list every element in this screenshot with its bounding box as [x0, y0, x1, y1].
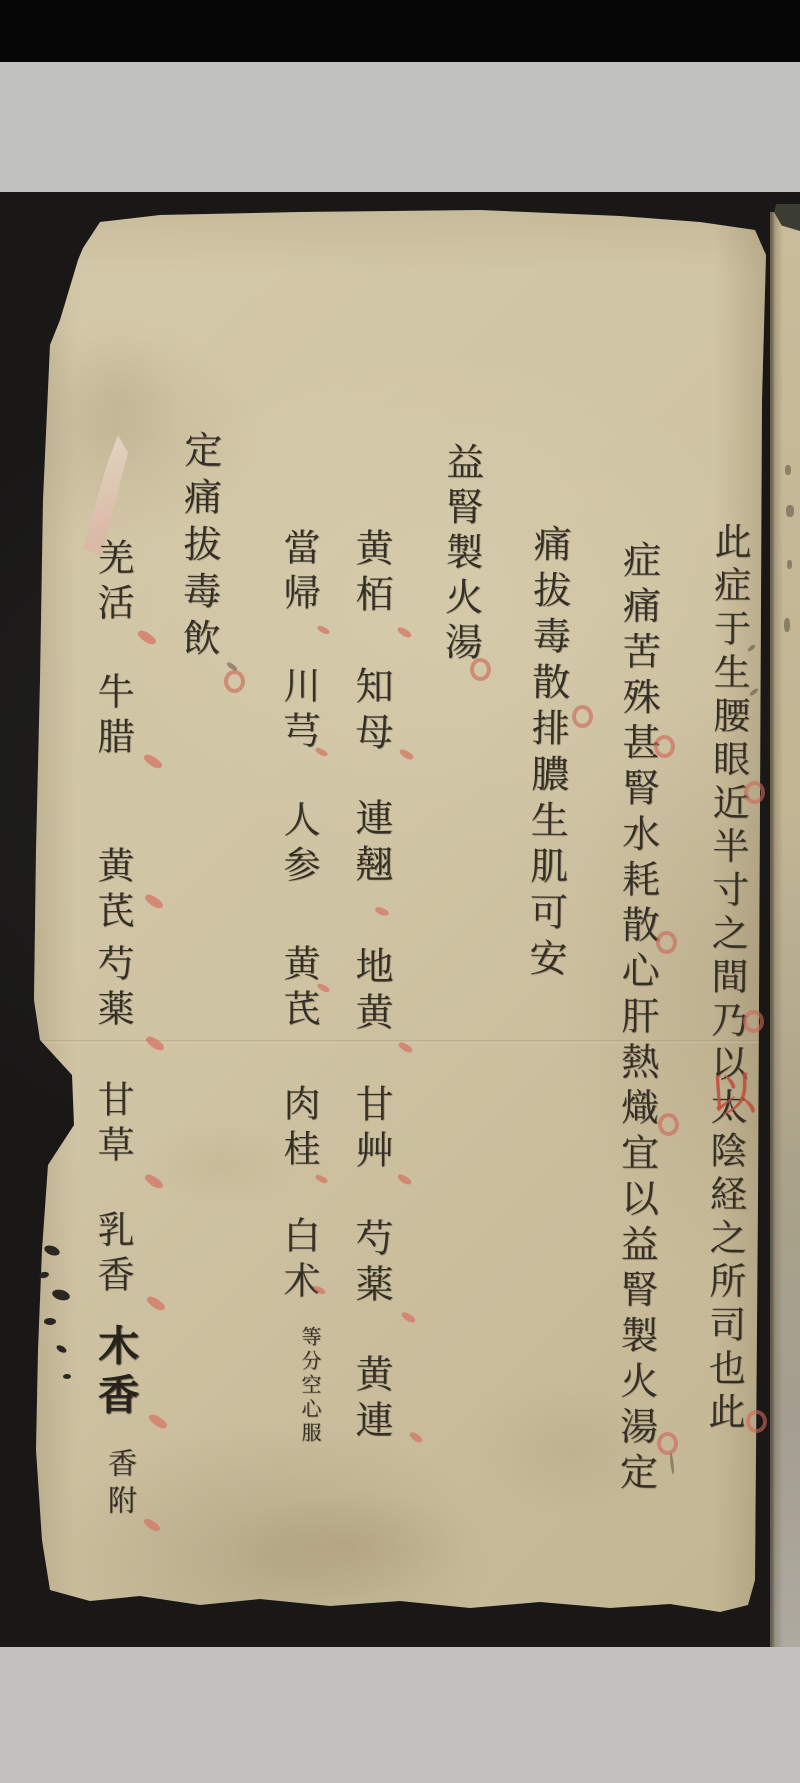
formula1-ingredients-right-item: 知母 [352, 666, 390, 758]
formula1-ingredients-left-item: 白术 [280, 1216, 317, 1306]
vermillion-circle-mark [746, 1410, 767, 1433]
adjacent-page-text-fragment [785, 465, 791, 475]
formula2-ingredients-item: 羌活 [94, 538, 131, 628]
vermillion-circle-mark [744, 781, 765, 804]
bottom-gray-frame [0, 1647, 800, 1783]
vermillion-dash-mark [374, 905, 390, 918]
adjacent-page-text-fragment [784, 618, 790, 632]
vermillion-dash-mark [147, 1412, 168, 1432]
formula2-ingredients-item: 甘草 [94, 1080, 131, 1170]
vermillion-dash-mark [142, 752, 163, 772]
formula1-ingredients-right-item: 甘艸 [352, 1084, 390, 1176]
vermillion-dash-mark [143, 892, 164, 912]
vermillion-circle-mark [657, 1432, 678, 1455]
column-4-formula-title: 益腎製火湯 [441, 442, 481, 667]
scanned-book-page: 此症于生腰眼近半寸之間乃以太陰経之所司也此症痛苦殊甚腎水耗散心肝熱熾宜以益腎製火… [0, 0, 800, 1783]
column-3-main-text: 痛拔毒散排膿生肌可安 [526, 524, 569, 984]
vermillion-circle-mark [656, 931, 677, 954]
vermillion-dash-mark [400, 1310, 416, 1325]
formula1-ingredients-left-item: 人参 [280, 800, 317, 890]
adjacent-page-text-fragment [787, 560, 792, 569]
vermillion-dash-mark [143, 1172, 164, 1192]
vermillion-dash-mark [314, 746, 328, 758]
vermillion-dash-mark [316, 624, 330, 636]
vermillion-dash-mark [408, 1430, 423, 1445]
faint-ink-mark [749, 687, 759, 696]
edge-ink-blotch [51, 1288, 71, 1302]
column-7-formula-title: 定痛拔毒飲 [179, 430, 219, 665]
edge-ink-blotch [43, 1244, 61, 1258]
vermillion-circle-mark [470, 658, 491, 681]
faint-ink-mark [670, 1452, 675, 1474]
column-2-main-text: 症痛苦殊甚腎水耗散心肝熱熾宜以益腎製火湯定 [616, 540, 657, 1498]
formula1-ingredients-right-item: 地黄 [352, 946, 390, 1038]
handwriting-layer: 此症于生腰眼近半寸之間乃以太陰経之所司也此症痛苦殊甚腎水耗散心肝熱熾宜以益腎製火… [0, 0, 800, 1783]
vermillion-circle-mark [224, 670, 245, 693]
edge-ink-blotch [44, 1318, 56, 1325]
vermillion-dash-mark [396, 1172, 412, 1187]
formula2-ingredients-item: 芍薬 [94, 944, 131, 1034]
formula1-ingredients-right-item: 黄栢 [352, 528, 390, 620]
formula1-ingredients-right-item: 連翹 [352, 798, 390, 890]
vermillion-circle-mark [743, 1010, 764, 1033]
vermillion-circle-mark [658, 1113, 679, 1136]
formula1-ingredients-left-item: 川芎 [280, 666, 317, 756]
edge-ink-blotch [63, 1374, 71, 1379]
vermillion-dash-mark [136, 628, 157, 648]
formula2-ingredients-item: 香附 [106, 1448, 135, 1522]
vermillion-circle-mark [654, 735, 675, 758]
dosage-note: 等分空心服 [300, 1326, 320, 1446]
vermillion-dash-mark [397, 1040, 413, 1055]
edge-ink-blotch [39, 1271, 50, 1279]
formula1-ingredients-right-item: 黄連 [352, 1354, 390, 1446]
edge-ink-blotch [55, 1344, 68, 1355]
formula2-ingredients-item: 木香 [94, 1324, 135, 1422]
vermillion-circle-mark [572, 705, 593, 728]
formula1-ingredients-left-item: 肉桂 [280, 1084, 317, 1174]
vermillion-dash-mark [144, 1034, 165, 1054]
formula1-ingredients-left-item: 當帰 [280, 528, 317, 618]
vermillion-dash-mark [314, 1173, 328, 1185]
adjacent-page-text-fragment [786, 505, 794, 517]
vermillion-dash-mark [398, 747, 414, 762]
formula1-ingredients-right-item: 芍薬 [352, 1218, 390, 1310]
formula2-ingredients-item: 乳香 [94, 1210, 131, 1300]
red-correction-character: 以 [704, 1068, 753, 1117]
formula2-ingredients-item: 牛腊 [94, 672, 131, 762]
vermillion-dash-mark [396, 625, 412, 640]
formula1-ingredients-left-item: 黄芪 [280, 944, 317, 1034]
vermillion-dash-mark [145, 1294, 166, 1314]
formula2-ingredients-item: 黄芪 [94, 846, 131, 936]
vermillion-dash-mark [143, 1516, 162, 1534]
column-1-main-text: 此症于生腰眼近半寸之間乃以太陰経之所司也此 [705, 522, 748, 1436]
